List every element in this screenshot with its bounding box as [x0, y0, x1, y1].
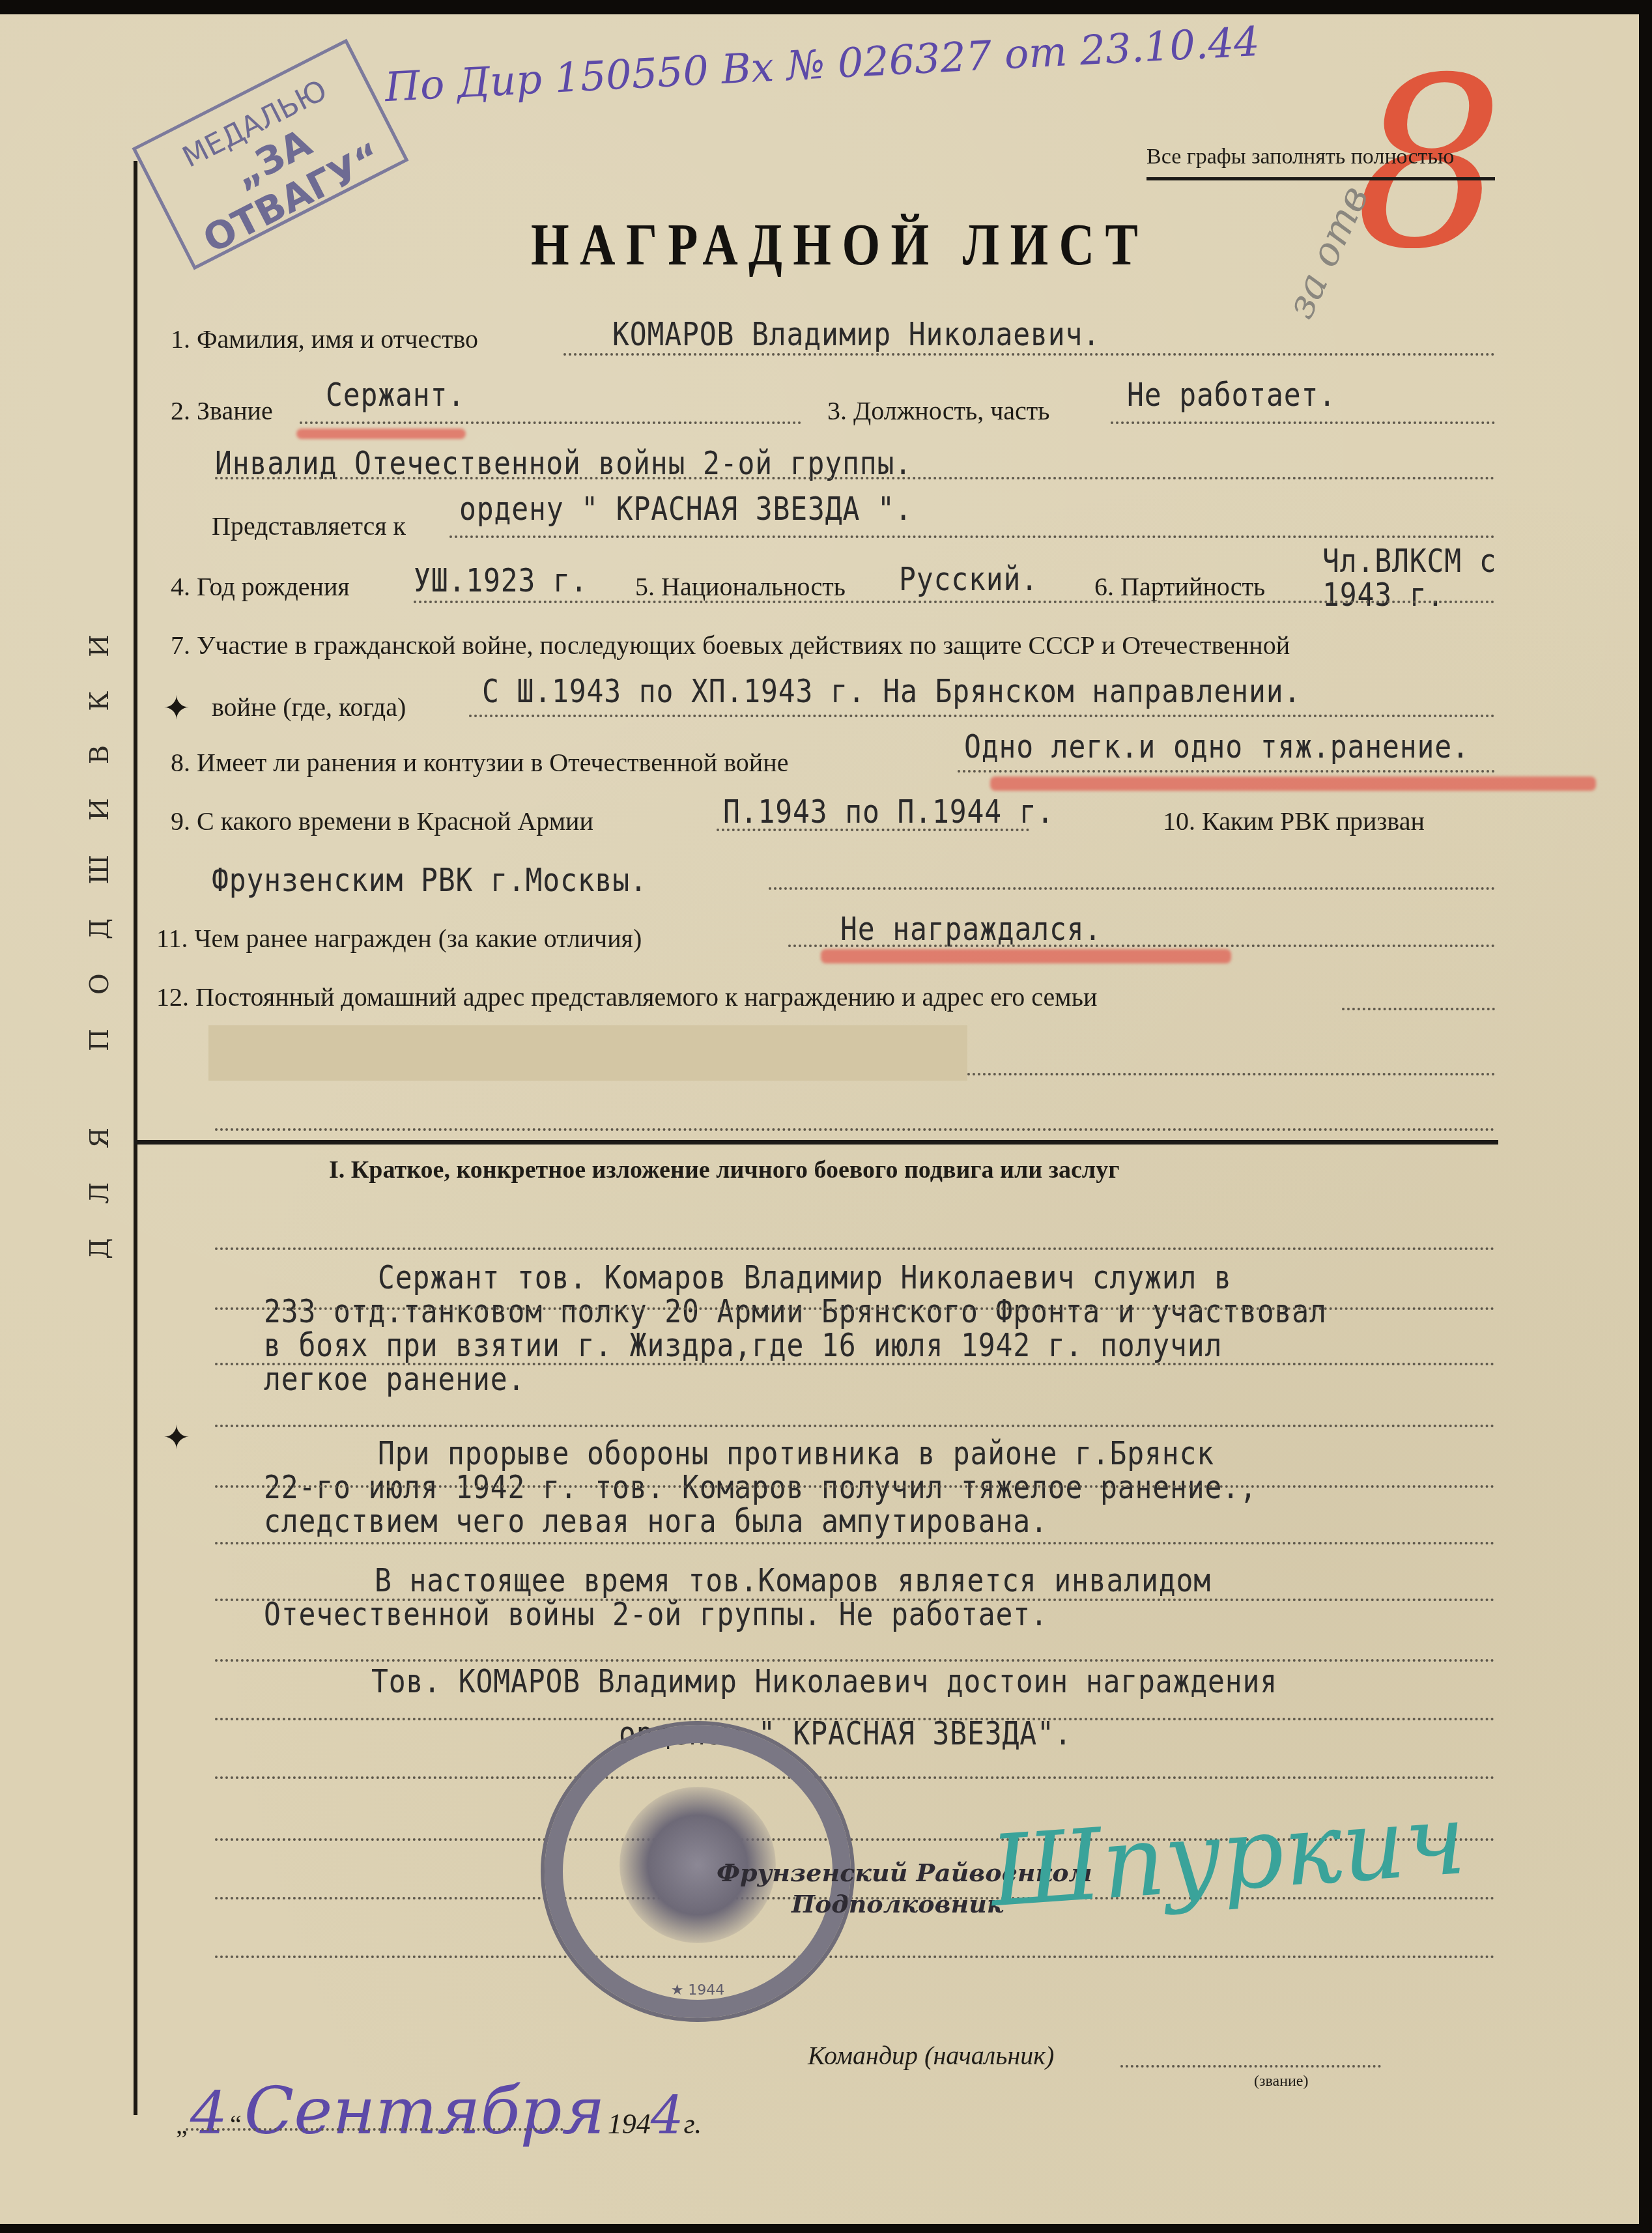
field-5-label: 5. Национальность	[635, 571, 846, 602]
section-1-heading: I. Краткое, конкретное изложение личного…	[329, 1156, 1119, 1184]
fill-all-fields-instruction: Все графы заполнять полностью	[1146, 145, 1454, 169]
birth-year-value: УШ.1923 г.	[414, 562, 588, 599]
field-2-line	[300, 421, 801, 424]
field-3-line	[1111, 421, 1495, 424]
full-name-value: КОМАРОВ Владимир Николаевич.	[612, 315, 1100, 353]
field-1-label: 1. Фамилия, имя и отчество	[171, 324, 478, 354]
field-7-label-2: войне (где, когда)	[212, 692, 406, 722]
signatory-rank: Подполковник	[791, 1889, 1004, 1918]
narrative-line	[215, 1542, 1495, 1544]
narrative-line	[215, 1485, 1495, 1488]
army-service-value: П.1943 по П.1944 г.	[723, 793, 1054, 831]
document-title: НАГРАДНОЙ ЛИСТ	[531, 210, 1148, 279]
field-10-line	[769, 887, 1495, 890]
nationality-value: Русский.	[899, 560, 1038, 598]
punch-hole-icon: ✦	[163, 1428, 182, 1447]
field-4-label: 4. Год рождения	[171, 571, 350, 602]
medal-for-courage-stamp: МЕДАЛЬЮ „ЗА ОТВАГУ“	[132, 38, 408, 270]
narrative-p4-l1: Тов. КОМАРОВ Владимир Николаевич достоин…	[371, 1662, 1277, 1700]
redacted-address-block	[208, 1025, 967, 1081]
binding-margin-label: ДЛЯ ПОДШИВКИ	[85, 601, 124, 1259]
field-3-line-2	[215, 477, 1495, 479]
field-9-label: 9. С какого времени в Красной Армии	[171, 806, 593, 836]
narrative-p1-l1: Сержант тов. Комаров Владимир Николаевич…	[378, 1259, 1232, 1296]
section-divider	[134, 1140, 1498, 1145]
narrative-p3-l2: Отечественной войны 2-ой группы. Не рабо…	[264, 1595, 1048, 1633]
narrative-line	[215, 1956, 1495, 1958]
narrative-line	[215, 1659, 1495, 1662]
rank-caption: (звание)	[1254, 2073, 1308, 2090]
party-membership-value-1: Чл.ВЛКСМ с	[1322, 542, 1496, 580]
red-underline-mark	[296, 429, 466, 439]
narrative-line	[215, 1247, 1495, 1250]
narrative-line	[215, 1776, 1495, 1779]
field-12-line-3	[215, 1128, 1495, 1131]
instruction-underline	[1146, 177, 1495, 180]
field-8-line	[958, 770, 1495, 773]
field-10-label: 10. Каким РВК призван	[1163, 806, 1425, 836]
combat-participation-value: С Ш.1943 по ХП.1943 г. На Брянском напра…	[482, 672, 1301, 710]
narrative-line	[215, 1307, 1495, 1310]
narrative-p3-l1: В настоящее время тов.Комаров является и…	[375, 1561, 1211, 1599]
wounds-value: Одно легк.и одно тяж.ранение.	[964, 728, 1470, 765]
field-11-line	[788, 945, 1495, 947]
previous-awards-value: Не награждался.	[840, 910, 1102, 948]
field-4-6-line	[414, 601, 1495, 603]
commander-rank-line	[1120, 2065, 1381, 2068]
field-6-label: 6. Партийность	[1094, 571, 1265, 602]
field-9-line	[717, 829, 1029, 831]
punch-hole-icon: ✦	[163, 698, 182, 718]
narrative-p2-l3: следствием чего левая нога была ампутиро…	[264, 1502, 1048, 1540]
narrative-p1-l2: 233 отд.танковом полку 20 Армии Брянског…	[264, 1292, 1327, 1330]
field-2-label: 2. Звание	[171, 395, 273, 426]
rank-value: Сержант.	[326, 376, 465, 414]
award-sheet-page: ДЛЯ ПОДШИВКИ ✦ ✦ МЕДАЛЬЮ „ЗА ОТВАГУ“ По …	[0, 14, 1639, 2224]
date-year-g: г.	[684, 2108, 702, 2140]
date-underline	[186, 2128, 563, 2131]
conscription-office-value: Фрунзенским РВК г.Москвы.	[212, 861, 648, 899]
nominated-award-value: ордену " КРАСНАЯ ЗВЕЗДА ".	[459, 490, 912, 528]
date-year-suffix: 4	[651, 2085, 684, 2146]
date-year-prefix: 194	[608, 2108, 651, 2140]
field-7-line	[469, 715, 1495, 717]
handwritten-signature: Шпуркич	[987, 1783, 1470, 1929]
narrative-line	[215, 1425, 1495, 1427]
narrative-p1-l3: в боях при взятии г. Жиздра,где 16 июля …	[264, 1326, 1222, 1364]
narrative-p2-l1: При прорыве обороны противника в районе …	[378, 1434, 1214, 1472]
party-membership-value-2: 1943 г.	[1322, 576, 1444, 614]
date-line: „ 4 “ Сентября 1944г.	[176, 2073, 702, 2151]
field-12-line-2	[967, 1073, 1495, 1075]
field-12-label: 12. Постоянный домашний адрес представля…	[156, 982, 1097, 1012]
nominated-line	[449, 535, 1495, 538]
field-11-label: 11. Чем ранее награжден (за какие отличи…	[156, 923, 642, 954]
red-underline-mark	[821, 949, 1231, 963]
date-day: 4	[190, 2079, 227, 2148]
field-3-label: 3. Должность, часть	[827, 395, 1050, 426]
date-month: Сентября	[244, 2073, 605, 2149]
field-7-label: 7. Участие в гражданской войне, последую…	[171, 630, 1290, 661]
position-value: Не работает.	[1127, 376, 1336, 414]
field-12-line	[1342, 1008, 1495, 1010]
binding-margin-rule	[134, 161, 137, 2115]
registry-handwritten-note: По Дир 150550 Вх № 026327 от 23.10.44	[384, 18, 1260, 111]
seal-year: ★ 1944	[545, 1982, 851, 1998]
field-8-label: 8. Имеет ли ранения и контузии в Отечест…	[171, 747, 788, 778]
red-underline-mark	[990, 776, 1596, 791]
commander-label: Командир (начальник)	[808, 2040, 1054, 2071]
narrative-p1-l4: легкое ранение.	[264, 1360, 525, 1398]
field-1-line	[563, 353, 1495, 356]
nominated-for-label: Представляется к	[212, 511, 406, 541]
